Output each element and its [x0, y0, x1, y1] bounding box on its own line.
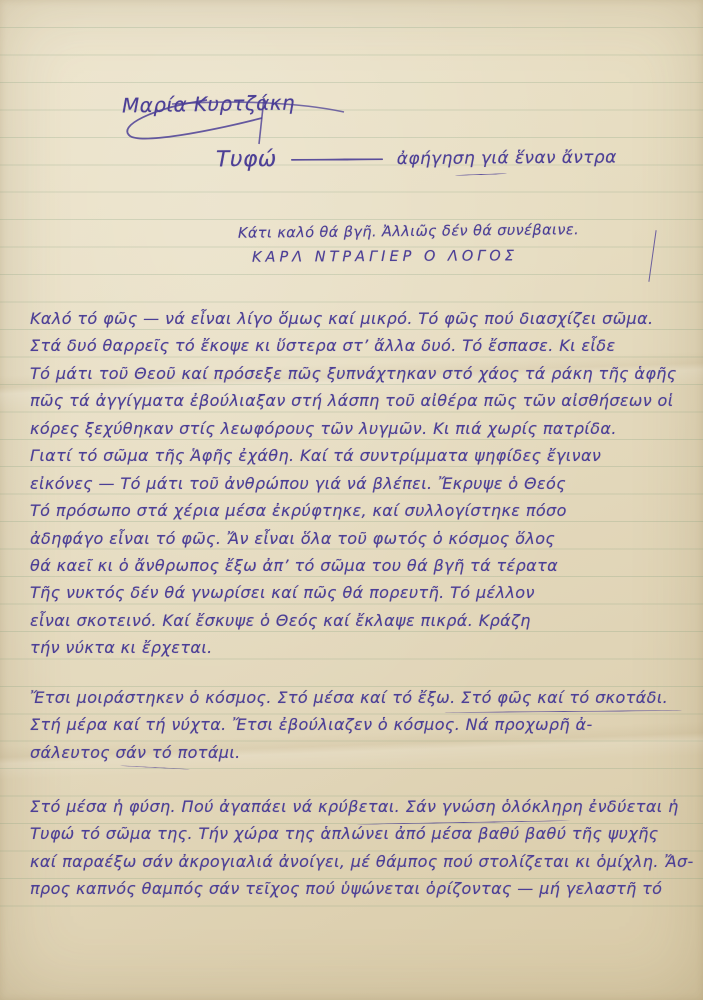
manuscript-line: πῶς τά ἀγγίγματα ἐβούλιαξαν στή λάσπη το…	[30, 387, 690, 414]
manuscript-line: εἰκόνες — Τό μάτι τοῦ ἀνθρώπου γιά νά βλ…	[30, 470, 690, 497]
manuscript-line: σάλευτος σάν τό ποτάμι.	[30, 739, 690, 766]
manuscript-line: τήν νύκτα κι ἔρχεται.	[30, 634, 690, 661]
manuscript-line: θά καεῖ κι ὁ ἄνθρωπος ἔξω ἀπ’ τό σῶμα το…	[30, 552, 690, 579]
paragraph-2: Ἔτσι μοιράστηκεν ὁ κόσμος. Στό μέσα καί …	[30, 684, 690, 766]
manuscript-line: Γιατί τό σῶμα τῆς Ἁφῆς ἐχάθη. Καί τά συν…	[30, 442, 690, 469]
paragraph-1: Καλό τό φῶς — νά εἶναι λίγο ὅμως καί μικ…	[30, 305, 690, 662]
epigraph-attribution: ΚΑΡΛ ΝΤΡΑΓΙΕΡ Ο ΛΟΓΟΣ	[252, 248, 518, 265]
manuscript-line: Στό μέσα ἡ φύση. Πού ἀγαπάει νά κρύβεται…	[30, 793, 690, 820]
manuscript-line: Στά δυό θαρρεῖς τό ἔκοψε κι ὕστερα στ’ ἄ…	[30, 332, 690, 359]
subtitle-underline	[455, 173, 507, 176]
ink-flourish	[648, 230, 656, 282]
manuscript-line: Στή μέρα καί τή νύχτα. Ἔτσι ἐβούλιαζεν ὁ…	[30, 711, 690, 738]
title-dash-stroke	[291, 158, 383, 161]
manuscript-line: Καλό τό φῶς — νά εἶναι λίγο ὅμως καί μικ…	[30, 305, 690, 332]
work-subtitle: ἀφήγηση γιά ἕναν ἄντρα	[397, 147, 617, 169]
manuscript-line: εἶναι σκοτεινό. Καί ἔσκυψε ὁ Θεός καί ἔκ…	[30, 607, 690, 634]
manuscript-line: ἀδηφάγο εἶναι τό φῶς. Ἄν εἶναι ὅλα τοῦ φ…	[30, 525, 690, 552]
work-title: Τυφώ	[216, 147, 277, 172]
epigraph-quote: Κάτι καλό θά βγῆ. Ἀλλιῶς δέν θά συνέβαιν…	[238, 222, 579, 242]
manuscript-line: Τῆς νυκτός δέν θά γνωρίσει καί πῶς θά πο…	[30, 579, 690, 606]
manuscript-line: καί παραέξω σάν ἀκρογιαλιά ἀνοίγει, μέ θ…	[30, 848, 690, 875]
paragraph-3: Στό μέσα ἡ φύση. Πού ἀγαπάει νά κρύβεται…	[30, 793, 690, 903]
manuscript-line: Τυφώ τό σῶμα της. Τήν χώρα της ἁπλώνει ἀ…	[30, 820, 690, 847]
manuscript-page: Μαρία Κυρτζάκη Τυφώ ἀφήγηση γιά ἕναν ἄντ…	[0, 0, 703, 1000]
manuscript-line: κόρες ξεχύθηκαν στίς λεωφόρους τῶν λυγμῶ…	[30, 415, 690, 442]
author-name: Μαρία Κυρτζάκη	[122, 90, 295, 117]
manuscript-line: Ἔτσι μοιράστηκεν ὁ κόσμος. Στό μέσα καί …	[30, 684, 690, 711]
manuscript-line: προς καπνός θαμπός σάν τεῖχος πού ὑψώνετ…	[30, 875, 690, 902]
title-row: Τυφώ ἀφήγηση γιά ἕναν ἄντρα	[216, 145, 617, 173]
manuscript-line: Τό μάτι τοῦ Θεοῦ καί πρόσεξε πῶς ξυπνάχτ…	[30, 360, 690, 387]
manuscript-line: Τό πρόσωπο στά χέρια μέσα ἐκρύφτηκε, καί…	[30, 497, 690, 524]
